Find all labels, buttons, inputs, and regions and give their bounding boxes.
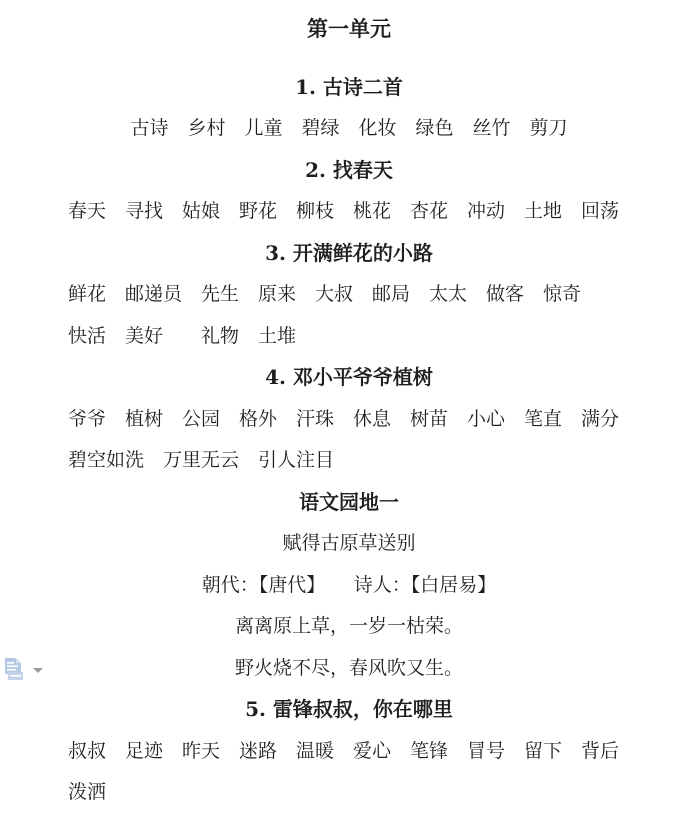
paste-options-button[interactable] [3, 655, 45, 685]
section-4-heading: 4. 邓小平爷爷植树 [0, 357, 698, 399]
section-3-word-row-1: 鲜花 邮递员 先生 原来 大叔 邮局 太太 做客 惊奇 [0, 274, 698, 316]
unit-title: 第一单元 [0, 8, 698, 50]
section-2-word-row: 春天 寻找 姑娘 野花 柳枝 桃花 杏花 冲动 土地 回荡 [0, 191, 698, 233]
section-3-word-row-2: 快活 美好 礼物 土堆 [0, 316, 698, 358]
section-2-heading: 2. 找春天 [0, 150, 698, 192]
garden-heading: 语文园地一 [0, 482, 698, 524]
section-1-heading: 1. 古诗二首 [0, 67, 698, 109]
chevron-down-icon[interactable] [33, 668, 43, 673]
section-4-word-row-1: 爷爷 植树 公园 格外 汗珠 休息 树苗 小心 笔直 满分 [0, 399, 698, 441]
paste-options-icon [4, 657, 24, 683]
section-5-word-row-1: 叔叔 足迹 昨天 迷路 温暖 爱心 笔锋 冒号 留下 背后 [0, 731, 698, 773]
poem-line-2: 野火烧不尽，春风吹又生。 [0, 648, 698, 690]
section-3-heading: 3. 开满鲜花的小路 [0, 233, 698, 275]
poem-meta: 朝代：【唐代】 诗人：【白居易】 [0, 565, 698, 607]
section-4-word-row-2: 碧空如洗 万里无云 引人注目 [0, 440, 698, 482]
section-5-heading: 5. 雷锋叔叔，你在哪里 [0, 689, 698, 731]
document-page: 第一单元 1. 古诗二首 古诗 乡村 儿童 碧绿 化妆 绿色 丝竹 剪刀 2. … [0, 0, 698, 822]
section-5-word-row-2: 泼洒 [0, 772, 698, 814]
poem-line-1: 离离原上草，一岁一枯荣。 [0, 606, 698, 648]
poem-title: 赋得古原草送别 [0, 523, 698, 565]
section-1-word-row: 古诗 乡村 儿童 碧绿 化妆 绿色 丝竹 剪刀 [0, 108, 698, 150]
